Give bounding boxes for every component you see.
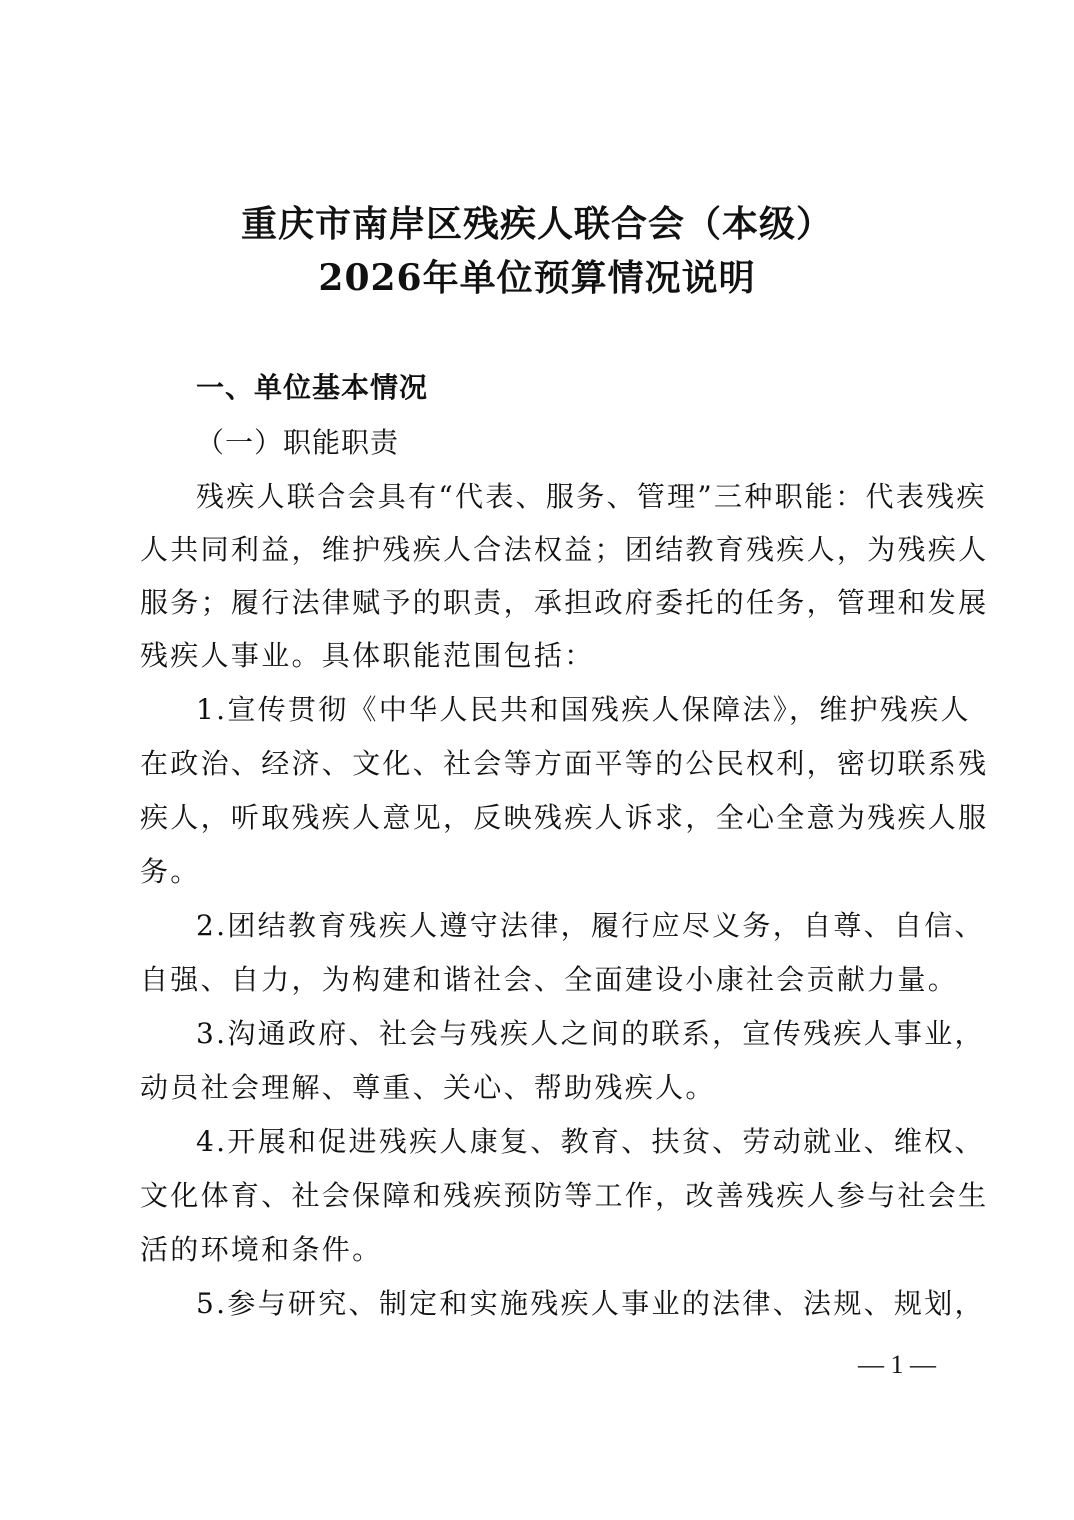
paragraph-line: 人共同利益，维护残疾人合法权益；团结教育残疾人，为残疾人 bbox=[140, 528, 988, 568]
paragraph-line: 1.宣传贯彻《中华人民共和国残疾人保障法》，维护残疾人 bbox=[196, 688, 971, 728]
paragraph-line: 5.参与研究、制定和实施残疾人事业的法律、法规、规划， bbox=[196, 1282, 985, 1322]
paragraph-line: 务。 bbox=[140, 850, 201, 890]
paragraph-line: 服务；履行法律赋予的职责，承担政府委托的任务，管理和发展 bbox=[140, 581, 988, 621]
paragraph-line: 自强、自力，为构建和谐社会、全面建设小康社会贡献力量。 bbox=[140, 958, 958, 998]
document-page: 重庆市南岸区残疾人联合会（本级） 2026年单位预算情况说明 一、单位基本情况 … bbox=[0, 0, 1074, 1520]
paragraph-line: 在政治、经济、文化、社会等方面平等的公民权利，密切联系残 bbox=[140, 742, 988, 782]
document-title-line-2: 2026年单位预算情况说明 bbox=[0, 250, 1074, 301]
paragraph-line: 残疾人联合会具有“代表、服务、管理”三种职能：代表残疾 bbox=[196, 475, 987, 515]
paragraph-line: 残疾人事业。具体职能范围包括： bbox=[140, 634, 595, 674]
paragraph-line: 活的环境和条件。 bbox=[140, 1228, 382, 1268]
paragraph-line: 4.开展和促进残疾人康复、教育、扶贫、劳动就业、维权、 bbox=[196, 1120, 985, 1160]
subsection-heading: （一）职能职责 bbox=[196, 421, 399, 461]
page-number: — 1 — bbox=[858, 1350, 936, 1380]
document-title-line-1: 重庆市南岸区残疾人联合会（本级） bbox=[0, 196, 1074, 247]
paragraph-line: 3.沟通政府、社会与残疾人之间的联系，宣传残疾人事业， bbox=[196, 1012, 985, 1052]
section-heading: 一、单位基本情况 bbox=[196, 366, 428, 406]
paragraph-line: 动员社会理解、尊重、关心、帮助残疾人。 bbox=[140, 1066, 716, 1106]
paragraph-line: 文化体育、社会保障和残疾预防等工作，改善残疾人参与社会生 bbox=[140, 1174, 988, 1214]
paragraph-line: 2.团结教育残疾人遵守法律，履行应尽义务，自尊、自信、 bbox=[196, 904, 985, 944]
paragraph-line: 疾人，听取残疾人意见，反映残疾人诉求，全心全意为残疾人服 bbox=[140, 796, 988, 836]
